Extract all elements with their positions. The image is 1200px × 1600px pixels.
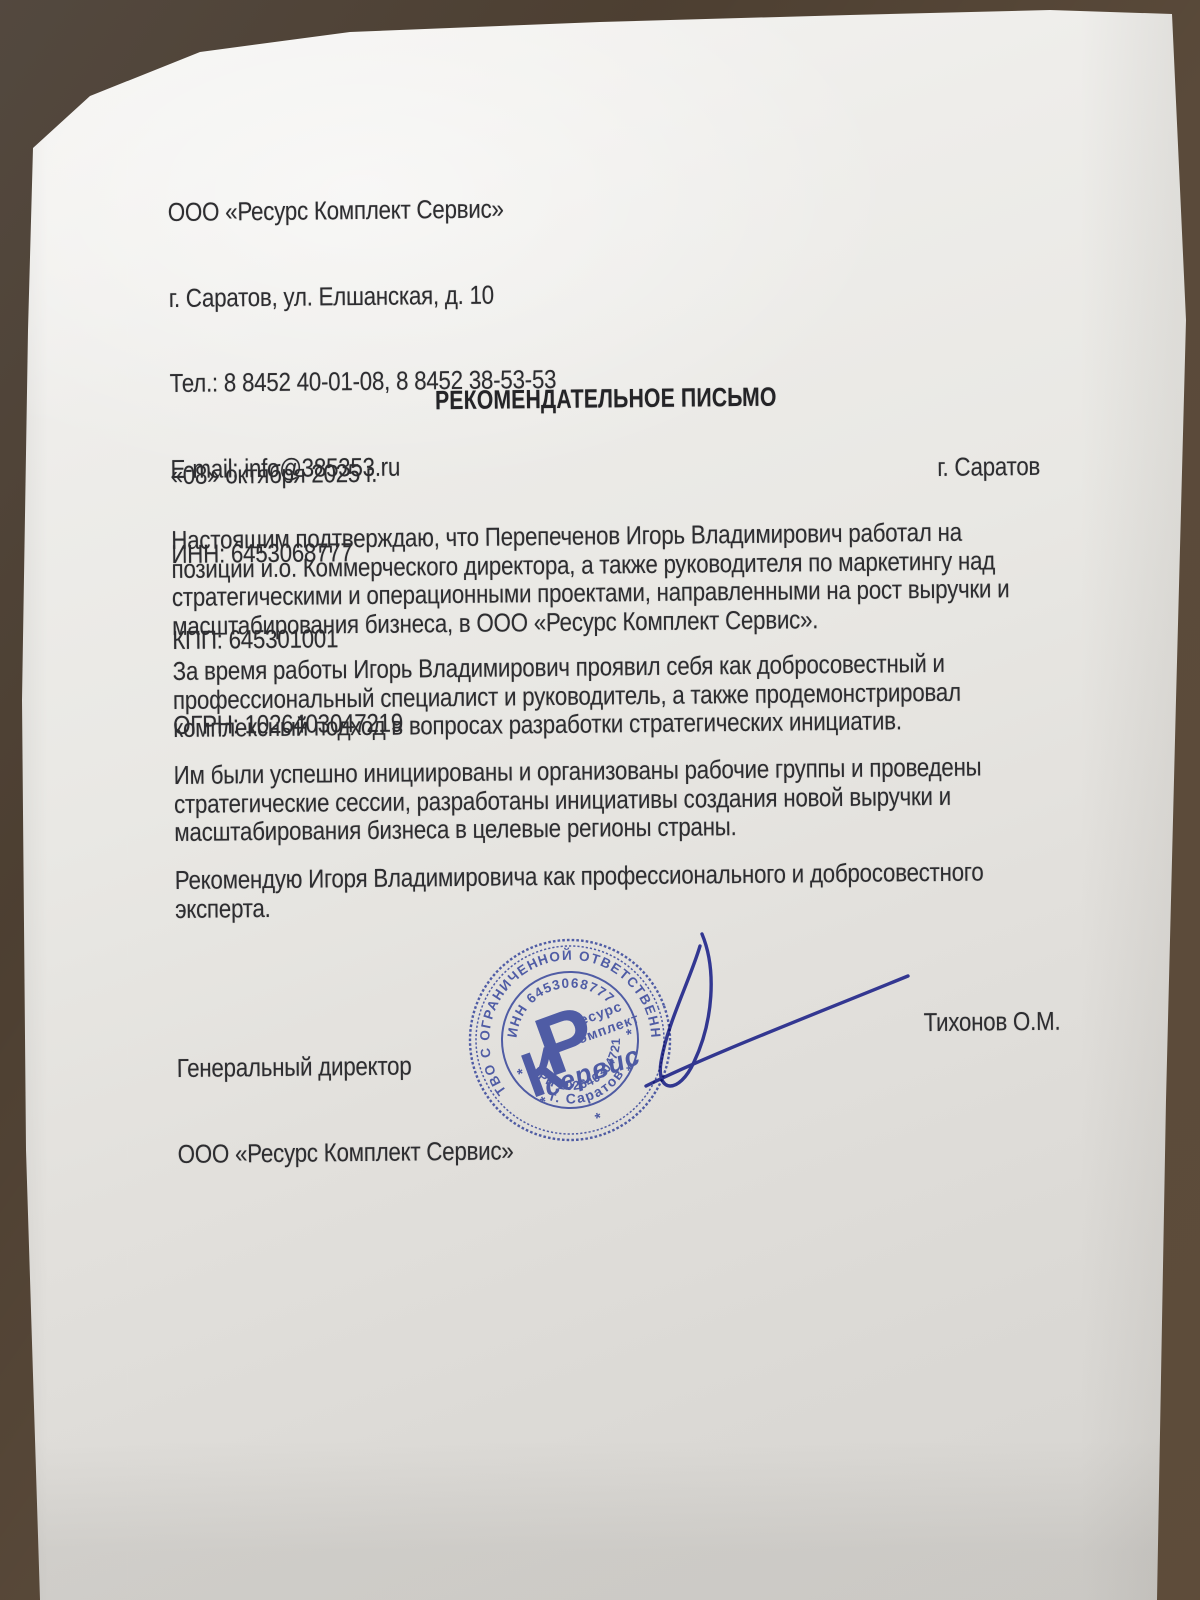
handwritten-signature	[0, 0, 1200, 1600]
signature-tail-stroke	[646, 976, 908, 1086]
signature-loop-stroke	[660, 934, 711, 1086]
photo-scene: ООО «Ресурс Комплект Сервис» г. Саратов,…	[0, 0, 1200, 1600]
